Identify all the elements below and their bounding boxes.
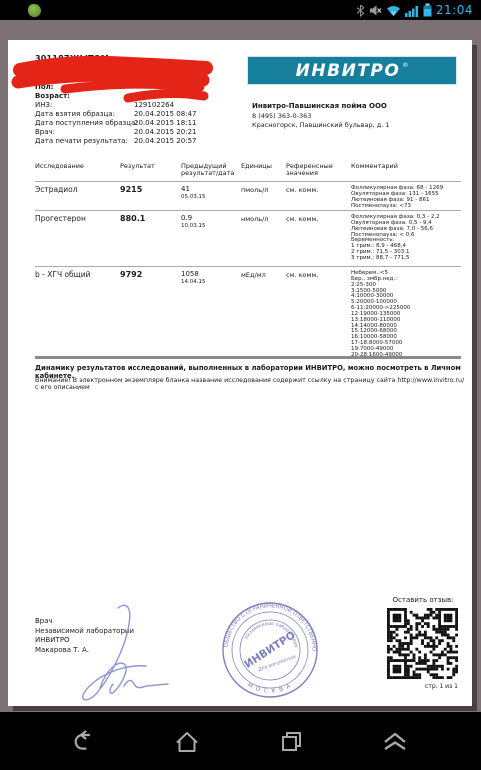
- comment-text: Фолликулярная фаза: 68 - 1269 Овуляторна…: [351, 186, 461, 209]
- previous-result: 105814.04.15: [181, 270, 235, 285]
- comment-text: Фолликулярная фаза: 0,3 - 2,2 Овуляторна…: [351, 215, 461, 262]
- col-header-previous: Предыдущий результат/дата: [181, 163, 235, 177]
- clock: 21:04: [436, 3, 473, 17]
- previous-result: 0.910.03.15: [181, 214, 235, 229]
- recent-apps-button[interactable]: [272, 729, 312, 755]
- redaction-scribble: [10, 56, 215, 134]
- navigation-bar: [0, 712, 481, 770]
- col-header-test: Исследование: [35, 163, 117, 170]
- units-value: нмоль/л: [241, 215, 283, 223]
- page-number: стр. 1 из 1: [387, 683, 458, 690]
- lab-address: Красногорск, Павшинский бульвар, д. 1: [252, 121, 390, 129]
- reference-value: см. комм.: [286, 271, 344, 279]
- signal-icon: [405, 4, 419, 17]
- result-value: 9215: [120, 185, 178, 194]
- invitro-url-link[interactable]: http://www.invitro.ru/: [397, 377, 464, 384]
- test-link-progesterone[interactable]: Прогестерон: [35, 214, 117, 223]
- document-page[interactable]: 301187ЖЫТОМ Пол: Возраст:27 лет ИНЗ:1291…: [8, 40, 472, 706]
- result-value: 9792: [120, 270, 178, 279]
- wifi-icon: [386, 4, 401, 17]
- invitro-stamp: ОБЩЕСТВО С ОГРАНИЧЕННОЙ ОТВЕТСТВЕННОСТЬЮ…: [220, 600, 320, 700]
- reference-value: см. комм.: [286, 215, 344, 223]
- lab-phone: 8 (495) 363-0-363: [252, 112, 311, 120]
- units-value: мЕд/мл: [241, 271, 283, 279]
- table-divider: [35, 181, 461, 182]
- mute-icon: [369, 4, 382, 17]
- previous-result: 4105.03.15: [181, 185, 235, 200]
- doctor-signature: [66, 600, 176, 725]
- home-button[interactable]: [167, 729, 207, 755]
- comment-text: Неберем.:<5 Бер., эмбр.нед.: 2:25-300 3:…: [351, 271, 461, 359]
- field-print-date: Дата печати результата:20.04.2015 20:57: [35, 137, 235, 146]
- test-link-hcg[interactable]: b - ХГЧ общий: [35, 270, 117, 279]
- test-link-estradiol[interactable]: Эстрадиол: [35, 185, 117, 194]
- menu-up-button[interactable]: [375, 729, 415, 755]
- col-header-result: Результат: [120, 163, 178, 170]
- col-header-reference: Референсные значения: [286, 163, 344, 177]
- notification-app-icon: [28, 4, 41, 17]
- units-value: пмоль/л: [241, 186, 283, 194]
- review-label: Оставить отзыв:: [387, 596, 459, 604]
- col-header-units: Единицы: [241, 163, 283, 170]
- reference-value: см. комм.: [286, 186, 344, 194]
- bluetooth-icon: [356, 4, 365, 17]
- lab-name: Инвитро-Павшинская пойма ООО: [252, 102, 387, 110]
- result-value: 880.1: [120, 214, 178, 223]
- table-bottom-border: [35, 356, 461, 359]
- table-divider: [35, 266, 461, 267]
- invitro-logo[interactable]: ИНВИТРО®: [247, 56, 457, 85]
- qr-code: [387, 608, 458, 679]
- back-button[interactable]: [65, 729, 105, 755]
- status-bar: 21:04: [0, 0, 481, 20]
- attention-note: Внимание! В электронном экземпляре бланк…: [35, 377, 469, 391]
- col-header-comment: Комментарий: [351, 163, 461, 170]
- table-divider: [35, 210, 461, 211]
- android-screen: 21:04 301187ЖЫТОМ Пол: Возраст:27 лет ИН…: [0, 0, 481, 770]
- battery-icon: [423, 3, 432, 17]
